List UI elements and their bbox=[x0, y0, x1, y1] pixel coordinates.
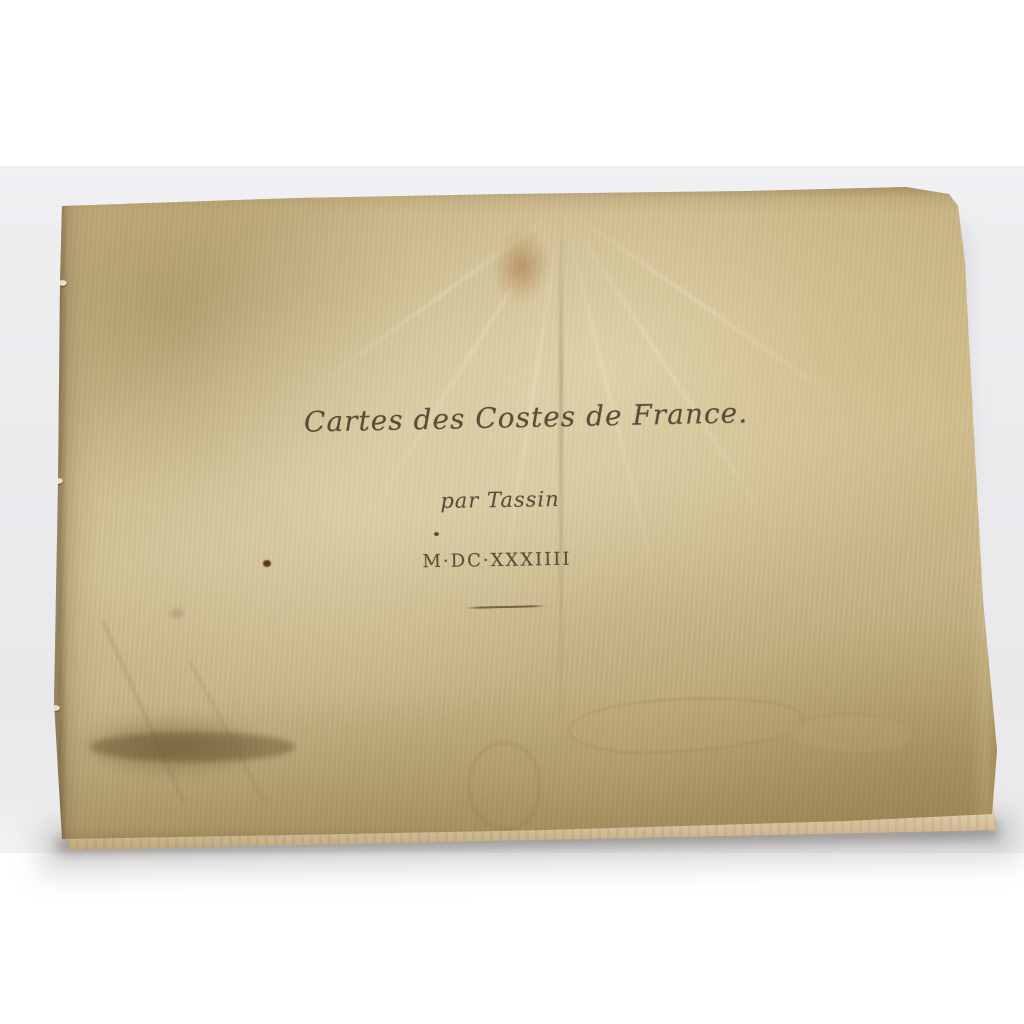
inscription-divider-line bbox=[466, 605, 546, 609]
water-stain-tide-line bbox=[567, 692, 806, 758]
spine-stitch-hole bbox=[54, 478, 63, 484]
cover-author: par Tassin bbox=[400, 486, 600, 513]
stain-bottom-left-core bbox=[90, 732, 295, 762]
photo-scene: Cartes des Costes de France. par Tassin … bbox=[0, 0, 1024, 1024]
water-stain-tide-line bbox=[787, 712, 914, 756]
photograph-backdrop: Cartes des Costes de France. par Tassin … bbox=[0, 166, 1024, 853]
spine-stitch-hole bbox=[58, 280, 67, 286]
vellum-center-crease bbox=[559, 202, 563, 762]
cover-date: M·DC·XXXIIII bbox=[377, 548, 617, 573]
ink-spot bbox=[263, 560, 271, 567]
atlas-vellum-cover: Cartes des Costes de France. par Tassin … bbox=[46, 182, 1002, 844]
crease-loop bbox=[466, 740, 543, 832]
small-spot bbox=[434, 532, 439, 536]
cover-title: Cartes des Costes de France. bbox=[301, 396, 752, 438]
spine-stitch-hole bbox=[51, 705, 60, 711]
faint-smudge bbox=[167, 606, 187, 621]
